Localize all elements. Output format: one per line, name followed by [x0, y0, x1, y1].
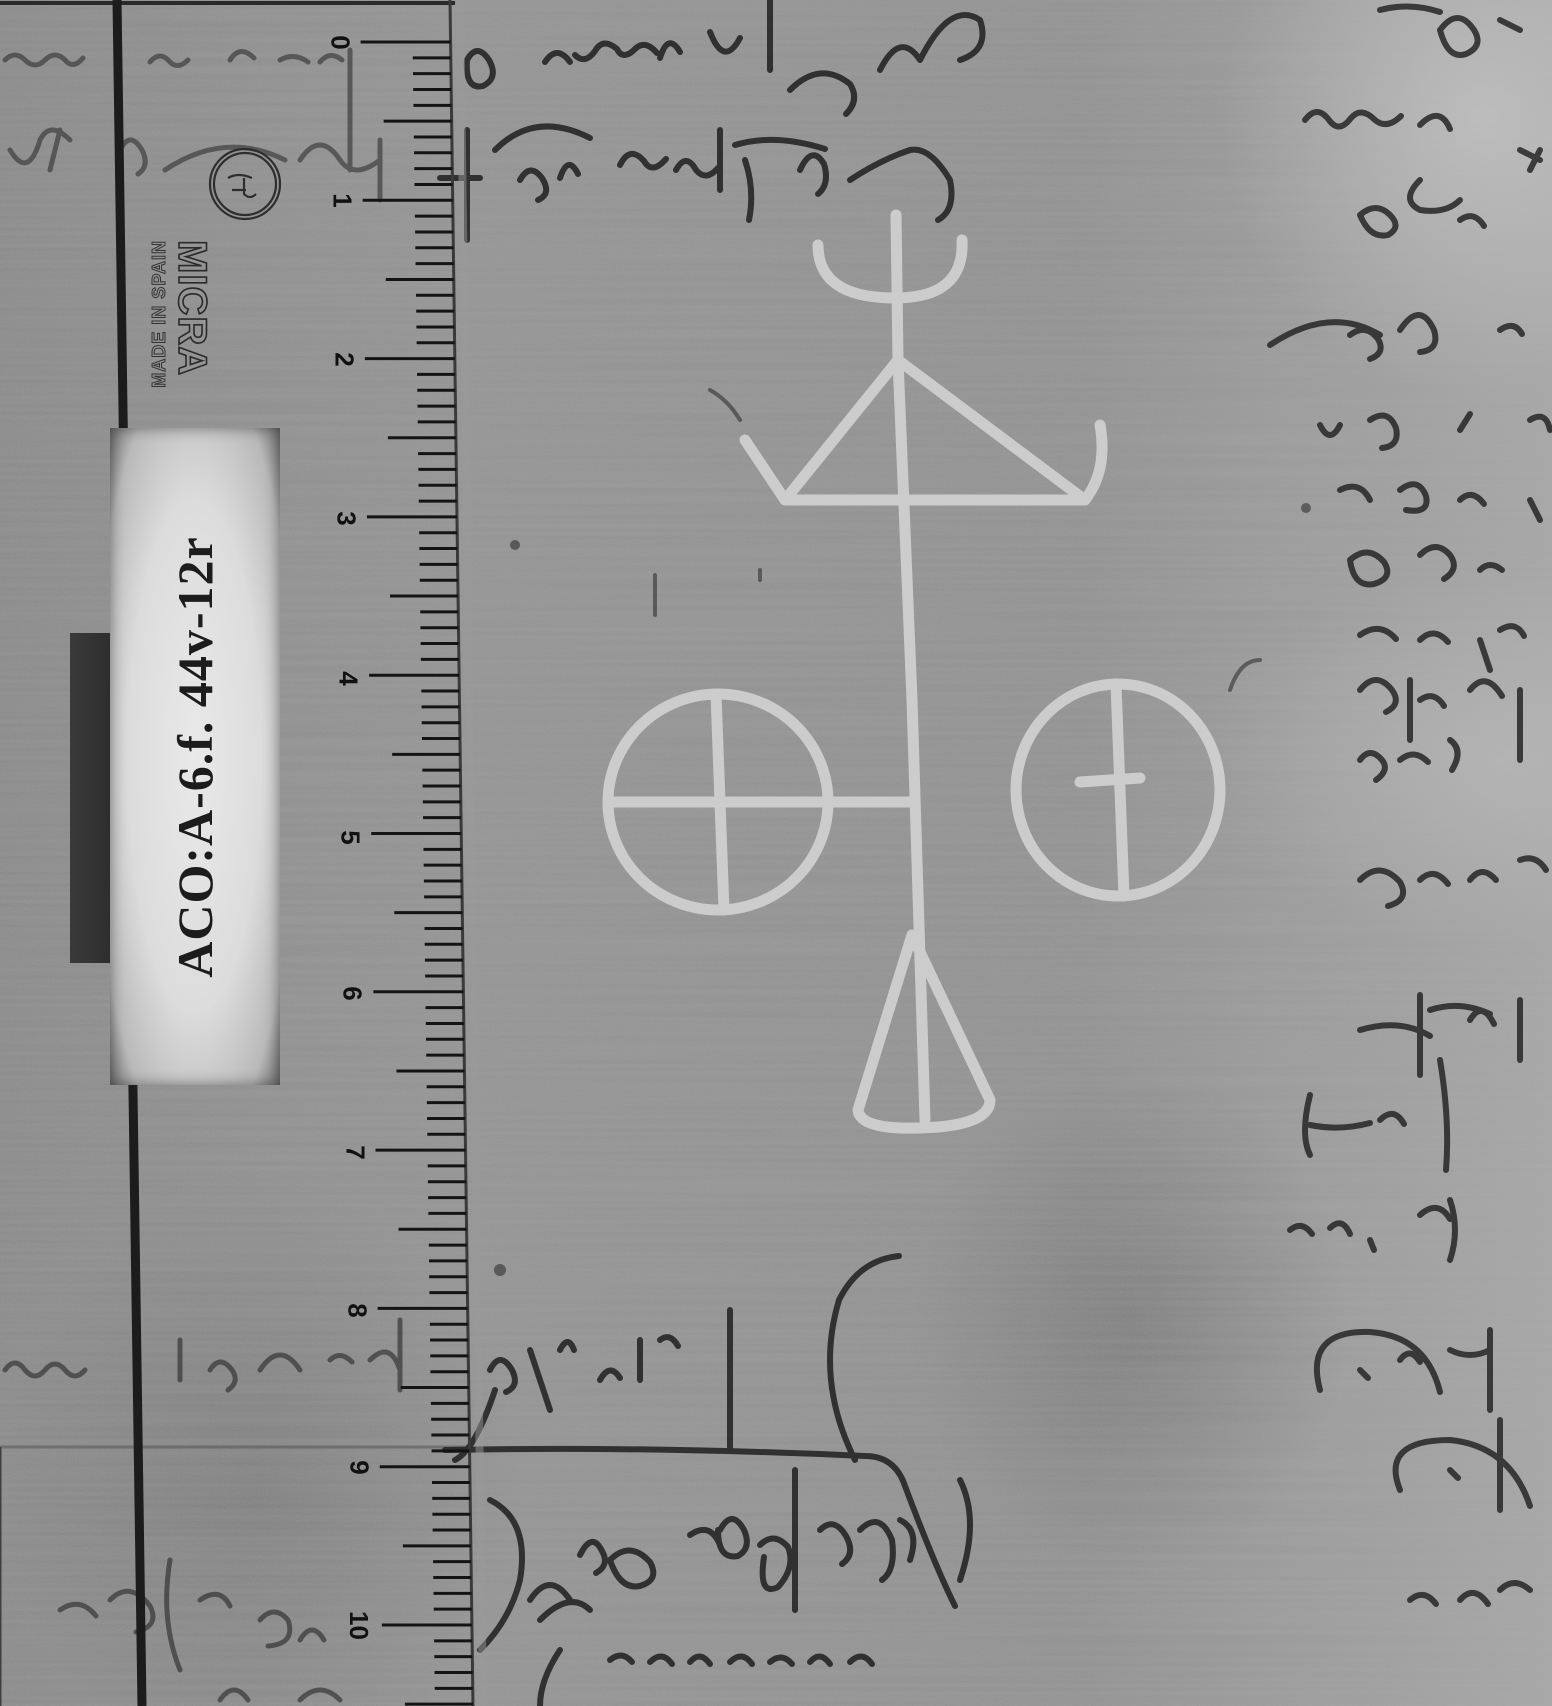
ruler-ticks	[361, 42, 473, 1704]
ruler-tick-label: 6	[337, 986, 368, 1000]
ruler-tick-label: 3	[331, 511, 362, 525]
catalog-label: ACO:A-6.f. 44v-12r	[110, 428, 280, 1085]
ruler-brand-origin: MADE IN SPAIN	[149, 240, 170, 388]
catalog-label-text: ACO:A-6.f. 44v-12r	[166, 536, 224, 978]
manuscript-photo: ACO:A-6.f. 44v-12r MICRA MADE IN SPAIN 0…	[0, 0, 1552, 1706]
ruler-tick-label: 7	[339, 1145, 370, 1159]
ruler-tick-label: 1	[326, 193, 357, 207]
ruler-tick-label: 4	[333, 671, 364, 685]
ruler-tick-label: 8	[341, 1303, 372, 1317]
ruler-tick-label: 0	[324, 35, 355, 49]
ruler-logo-icon	[210, 149, 280, 219]
ruler-tick-label: 10	[343, 1611, 374, 1640]
ruler-tick-label: 2	[329, 352, 360, 366]
ruler-brand-name: MICRA	[169, 240, 214, 376]
ruler-tick-label: 9	[344, 1460, 375, 1474]
ruler-tick-label: 5	[335, 830, 366, 844]
